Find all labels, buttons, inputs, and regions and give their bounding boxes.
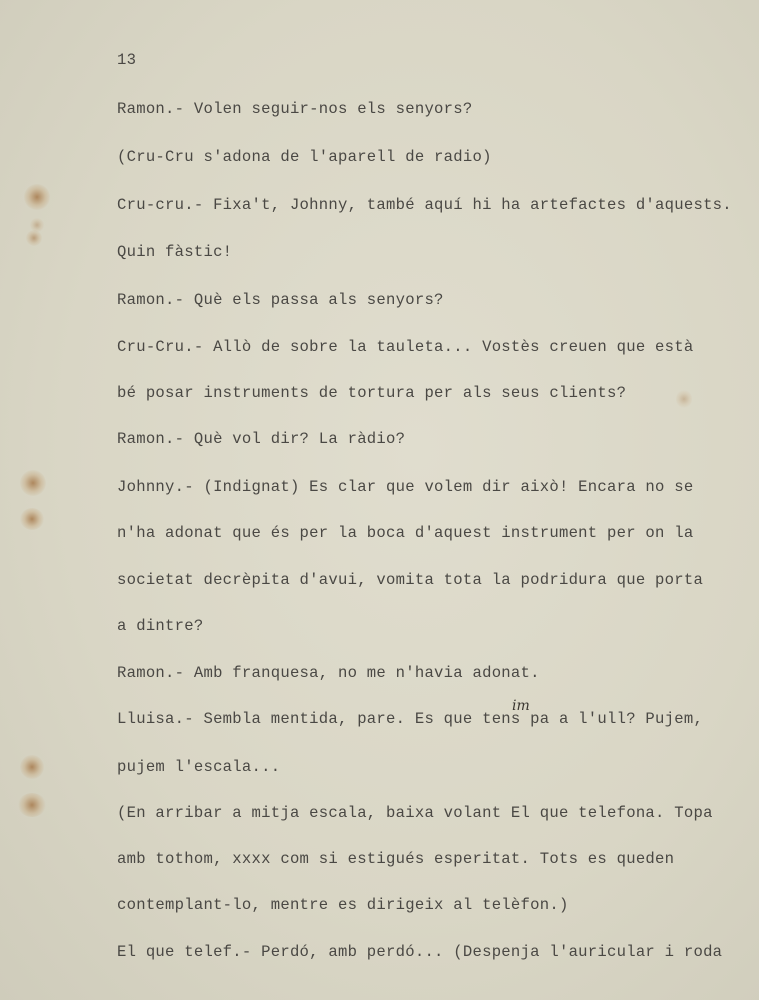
stage-direction: contemplant-lo, mentre es dirigeix al te…	[117, 896, 569, 914]
script-line: bé posar instruments de tortura per als …	[117, 384, 626, 402]
rust-stain	[20, 470, 46, 496]
script-line: pujem l'escala...	[117, 758, 280, 776]
rust-stain	[18, 793, 46, 817]
script-line: a dintre?	[117, 617, 203, 635]
page-number: 13	[117, 51, 136, 69]
script-line: Ramon.- Què vol dir? La ràdio?	[117, 430, 405, 448]
script-line: Lluisa.- Sembla mentida, pare. Es que te…	[117, 710, 703, 728]
stage-direction: (Cru-Cru s'adona de l'aparell de radio)	[117, 148, 492, 166]
script-line: Ramon.- Amb franquesa, no me n'havia ado…	[117, 664, 540, 682]
script-line: Ramon.- Què els passa als senyors?	[117, 291, 444, 309]
script-line: Cru-cru.- Fixa't, Johnny, també aquí hi …	[117, 196, 732, 214]
script-line: Quin fàstic!	[117, 243, 232, 261]
script-line: n'ha adonat que és per la boca d'aquest …	[117, 524, 693, 542]
rust-stain	[20, 755, 44, 779]
script-line: societat decrèpita d'avui, vomita tota l…	[117, 571, 703, 589]
rust-stain	[20, 508, 44, 530]
rust-stain	[676, 390, 692, 408]
rust-stain	[24, 184, 50, 210]
script-line: Cru-Cru.- Allò de sobre la tauleta... Vo…	[117, 338, 693, 356]
rust-stain	[26, 230, 42, 246]
handwritten-correction: im	[512, 698, 530, 714]
script-line: El que telef.- Perdó, amb perdó... (Desp…	[117, 943, 722, 961]
typewritten-page: 13 Ramon.- Volen seguir-nos els senyors?…	[0, 0, 759, 1000]
script-line: Johnny.- (Indignat) Es clar que volem di…	[117, 478, 693, 496]
stage-direction: (En arribar a mitja escala, baixa volant…	[117, 804, 713, 822]
script-line: Ramon.- Volen seguir-nos els senyors?	[117, 100, 473, 118]
stage-direction: amb tothom, xxxx com si estigués esperit…	[117, 850, 674, 868]
